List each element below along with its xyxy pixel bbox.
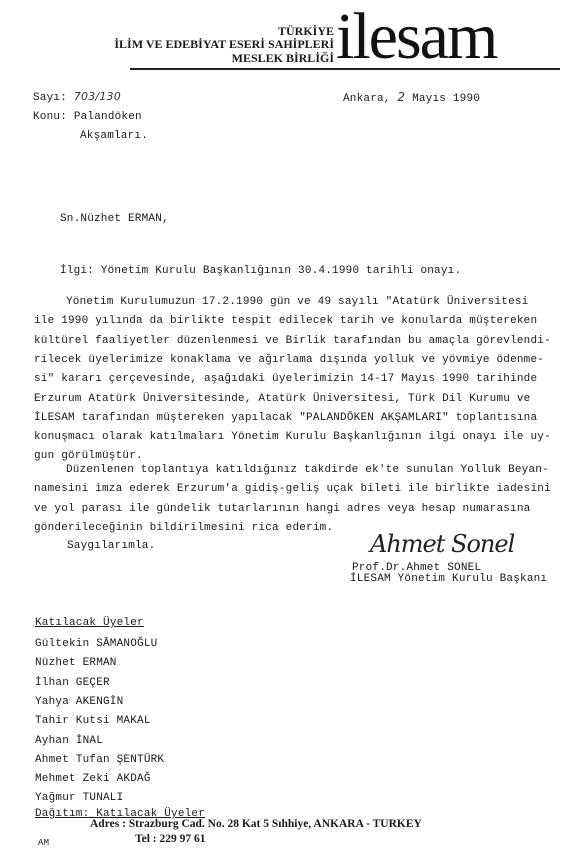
header-divider xyxy=(130,68,560,70)
text-line: Yağmur TUNALI xyxy=(35,792,123,804)
ilesam-logo: ilesam xyxy=(336,4,496,70)
text-line: Düzenlenen toplantıya katıldığınız takdi… xyxy=(66,464,549,476)
text-line: gun görülmüştür. xyxy=(34,450,143,462)
letter-date: Ankara, 2 Mayıs 1990 xyxy=(343,90,480,105)
signature: Ahmet Sonel xyxy=(370,530,514,558)
text-line: namesini imza ederek Erzurum'a gidiş-gel… xyxy=(34,483,551,495)
text-line: gönderileceğinin bildirilmesini rica ede… xyxy=(34,522,333,534)
text-line: ile 1990 yılında da birlikte tespit edil… xyxy=(34,315,537,327)
subject-label: Konu: xyxy=(33,111,67,123)
text-line: ve yol parası ile gündelik tutarlarının … xyxy=(34,503,530,515)
reference-label: Sayı: xyxy=(33,92,67,104)
subject-line-2: Akşamları. xyxy=(80,130,148,142)
text-line: Erzurum Atatürk Üniversitesinde, Atatürk… xyxy=(34,393,530,405)
members-heading: Katılacak Üyeler xyxy=(35,617,144,629)
text-line: rilecek üyelerimize konaklama ve ağırlam… xyxy=(34,354,544,366)
text-line: Ahmet Tufan ŞENTÜRK xyxy=(35,754,164,766)
text-line: si" kararı çerçevesinde, aşağıdaki üyele… xyxy=(34,373,537,385)
text-line: Mehmet Zeki AKDAĞ xyxy=(35,773,151,785)
text-line: Tahir Kutsi MAKAL xyxy=(35,715,151,727)
text-line: Yahya AKENGİN xyxy=(35,696,123,708)
closing: Saygılarımla. xyxy=(67,540,155,552)
text-line: Gültekin SÂMANOĞLU xyxy=(35,638,157,650)
text-line: Ayhan İNAL xyxy=(35,735,103,747)
text-line: kültürel faaliyetler düzenlenmesi ve Bir… xyxy=(34,335,551,347)
letterhead-line-3: MESLEK BİRLİĞİ xyxy=(0,51,334,66)
letterhead-line-2: İLİM VE EDEBİYAT ESERİ SAHİPLERİ xyxy=(0,37,334,52)
text-line: İLESAM tarafından müştereken yapılacak "… xyxy=(34,412,537,424)
reference-value: 703/130 xyxy=(74,90,121,103)
date-day: 2 xyxy=(397,90,405,104)
text-line: Nüzhet ERMAN xyxy=(35,657,117,669)
reference-line: İlgi: Yönetim Kurulu Başkanlığının 30.4.… xyxy=(60,265,461,277)
signer-title: İLESAM Yönetim Kurulu Başkanı xyxy=(350,573,547,585)
text-line: Yönetim Kurulumuzun 17.2.1990 gün ve 49 … xyxy=(66,296,528,308)
text-line: İlhan GEÇER xyxy=(35,677,110,689)
date-rest: Mayıs 1990 xyxy=(412,93,480,105)
typist-initials: AM xyxy=(38,838,49,848)
subject: Konu: Palandöken xyxy=(33,111,142,123)
text-line: konuşmacı olarak katılmaları Yönetim Kur… xyxy=(34,431,551,443)
reference-number: Sayı: 703/130 xyxy=(33,90,121,104)
subject-line-1: Palandöken xyxy=(74,111,142,123)
date-prefix: Ankara, xyxy=(343,93,391,105)
salutation: Sn.Nüzhet ERMAN, xyxy=(60,213,169,225)
address: Adres : Strazburg Cad. No. 28 Kat 5 Sıhh… xyxy=(90,818,422,830)
telephone: Tel : 229 97 61 xyxy=(135,833,206,845)
